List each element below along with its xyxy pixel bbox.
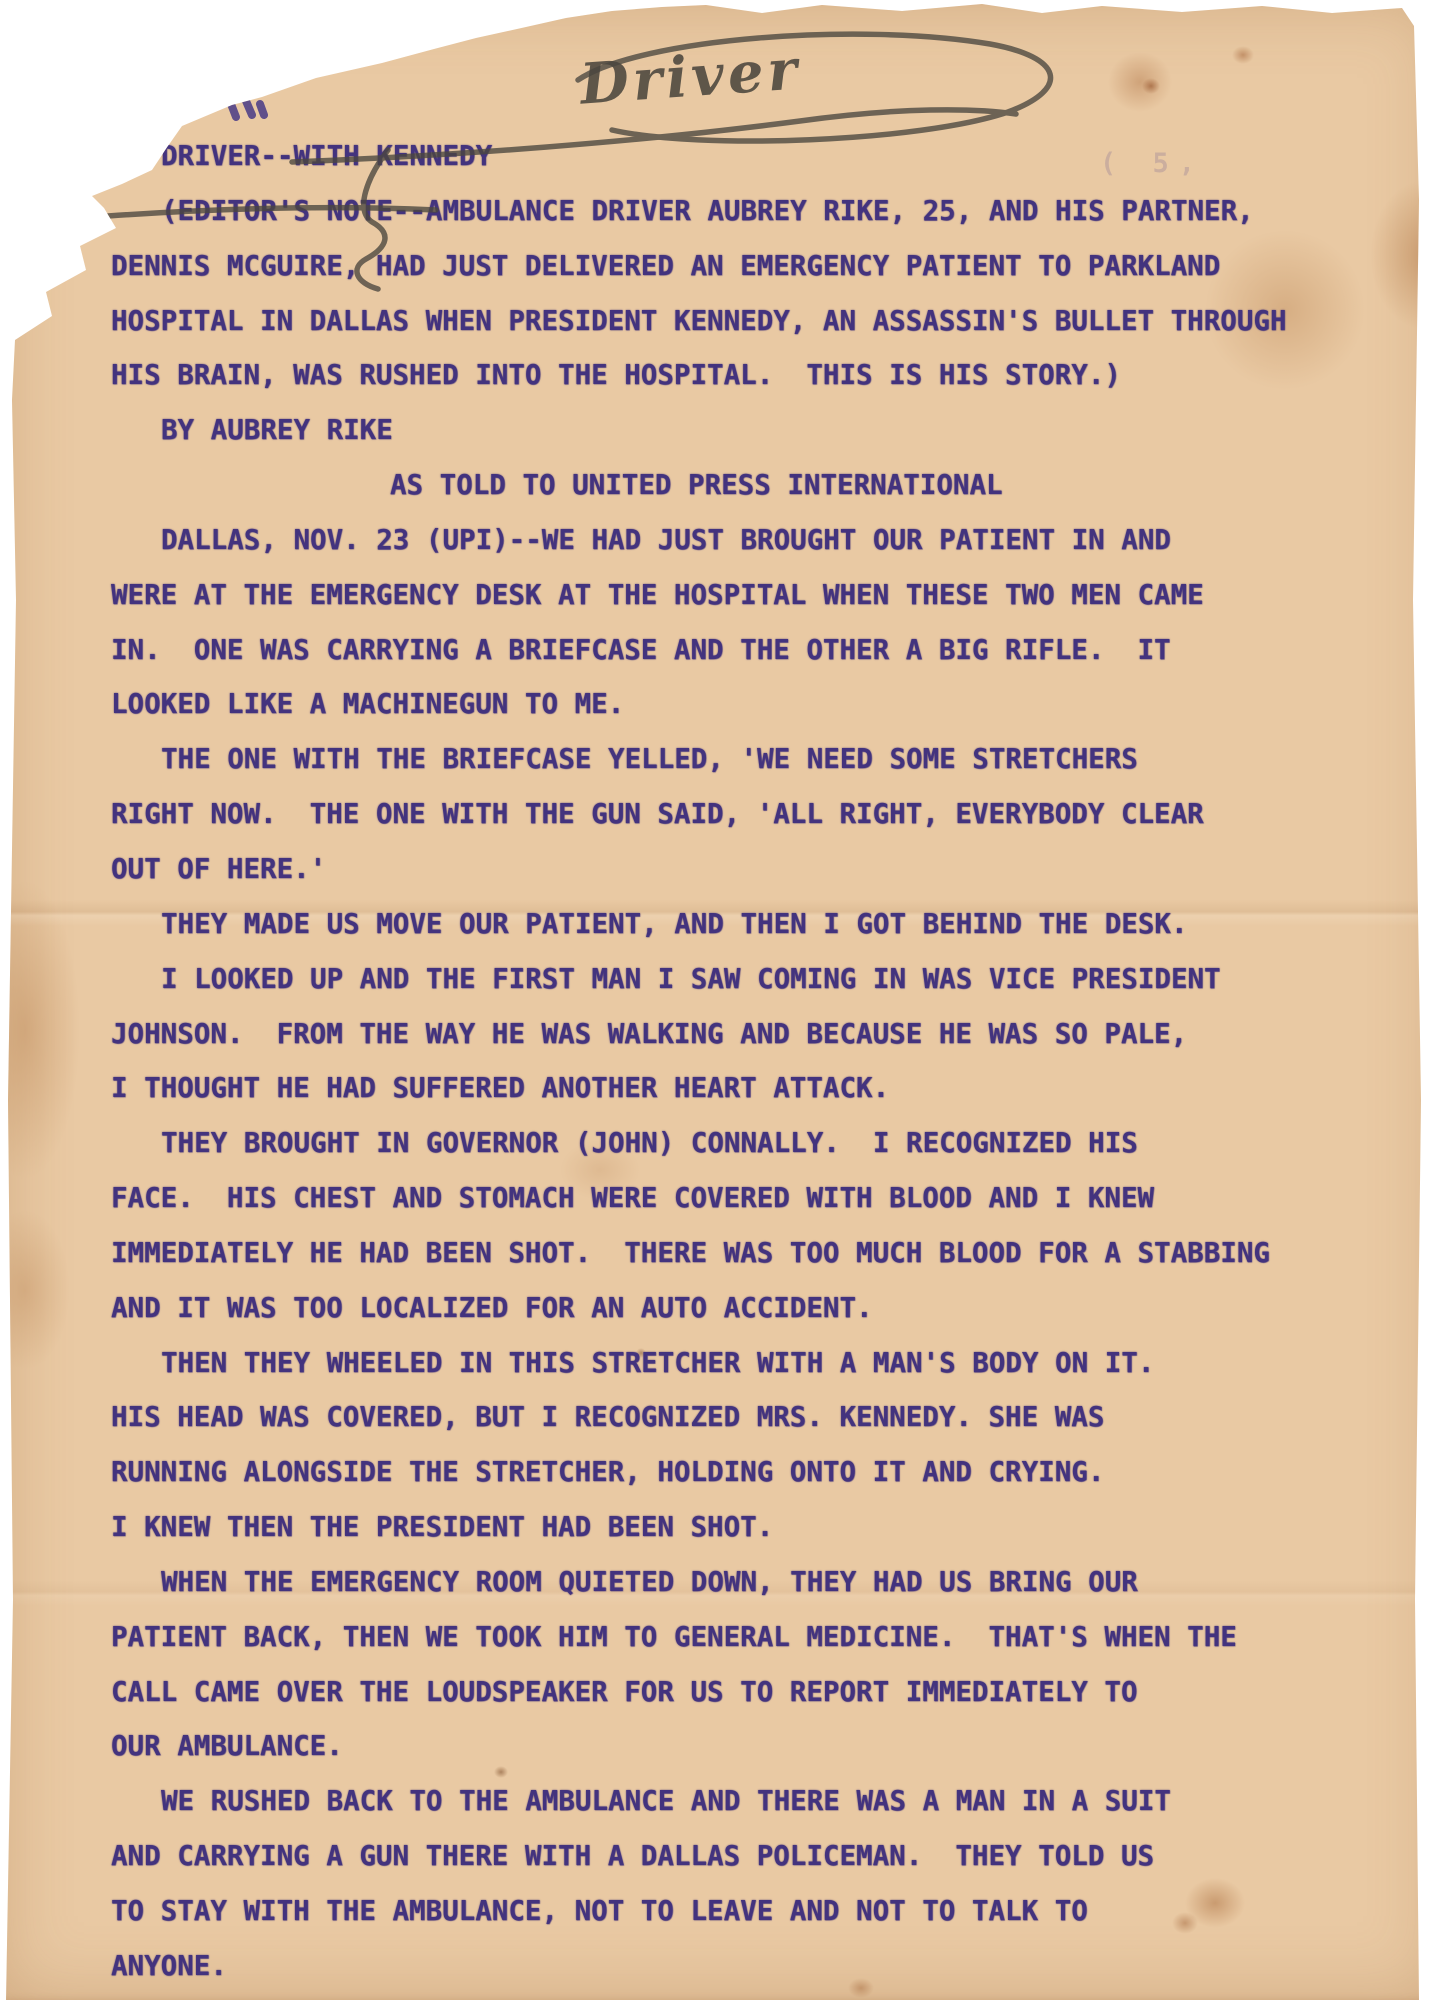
typed-line: HIS HEAD WAS COVERED, BUT I RECOGNIZED M… bbox=[111, 1390, 1411, 1445]
typed-line: HIS BRAIN, WAS RUSHED INTO THE HOSPITAL.… bbox=[111, 348, 1411, 403]
typed-line: WHEN THE EMERGENCY ROOM QUIETED DOWN, TH… bbox=[111, 1555, 1411, 1610]
typed-line: TO STAY WITH THE AMBULANCE, NOT TO LEAVE… bbox=[111, 1884, 1411, 1939]
typed-line: IN. ONE WAS CARRYING A BRIEFCASE AND THE… bbox=[111, 623, 1411, 678]
typed-line: WERE AT THE EMERGENCY DESK AT THE HOSPIT… bbox=[111, 568, 1411, 623]
typed-line: DRIVER--WITH KENNEDY bbox=[111, 129, 1411, 184]
typed-line: THE ONE WITH THE BRIEFCASE YELLED, 'WE N… bbox=[111, 732, 1411, 787]
typed-line: LOOKED LIKE A MACHINEGUN TO ME. bbox=[111, 677, 1411, 732]
paper-stain bbox=[0, 880, 80, 1180]
typed-line: AND IT WAS TOO LOCALIZED FOR AN AUTO ACC… bbox=[111, 1281, 1411, 1336]
typed-line: FACE. HIS CHEST AND STOMACH WERE COVERED… bbox=[111, 1171, 1411, 1226]
typed-line: AS TOLD TO UNITED PRESS INTERNATIONAL bbox=[111, 458, 1411, 513]
typed-line: THEY BROUGHT IN GOVERNOR (JOHN) CONNALLY… bbox=[111, 1116, 1411, 1171]
typed-line: DENNIS MCGUIRE, HAD JUST DELIVERED AN EM… bbox=[111, 239, 1411, 294]
typed-line: DALLAS, NOV. 23 (UPI)--WE HAD JUST BROUG… bbox=[111, 513, 1411, 568]
typed-line: ANYONE. bbox=[111, 1939, 1411, 1994]
paper-stain bbox=[1142, 78, 1160, 94]
typed-line: OUT OF HERE.' bbox=[111, 842, 1411, 897]
typed-line: HOSPITAL IN DALLAS WHEN PRESIDENT KENNED… bbox=[111, 294, 1411, 349]
typed-line: THEN THEY WHEELED IN THIS STRETCHER WITH… bbox=[111, 1336, 1411, 1391]
paper-stain bbox=[1108, 52, 1172, 112]
typed-line: PATIENT BACK, THEN WE TOOK HIM TO GENERA… bbox=[111, 1610, 1411, 1665]
typed-line: JOHNSON. FROM THE WAY HE WAS WALKING AND… bbox=[111, 1007, 1411, 1062]
typed-line: IMMEDIATELY HE HAD BEEN SHOT. THERE WAS … bbox=[111, 1226, 1411, 1281]
typed-text-block: DRIVER--WITH KENNEDY(EDITOR'S NOTE--AMBU… bbox=[111, 129, 1411, 1994]
typed-line: I KNEW THEN THE PRESIDENT HAD BEEN SHOT. bbox=[111, 1500, 1411, 1555]
handwritten-word: Driver bbox=[578, 36, 803, 117]
typed-line: AND CARRYING A GUN THERE WITH A DALLAS P… bbox=[111, 1829, 1411, 1884]
typed-line: WE RUSHED BACK TO THE AMBULANCE AND THER… bbox=[111, 1774, 1411, 1829]
paper-sheet: DRIVER--WITH KENNEDY(EDITOR'S NOTE--AMBU… bbox=[0, 0, 1441, 2000]
typed-line: I THOUGHT HE HAD SUFFERED ANOTHER HEART … bbox=[111, 1061, 1411, 1116]
typed-line: RUNNING ALONGSIDE THE STRETCHER, HOLDING… bbox=[111, 1445, 1411, 1500]
typed-line: BY AUBREY RIKE bbox=[111, 403, 1411, 458]
typed-line: I LOOKED UP AND THE FIRST MAN I SAW COMI… bbox=[111, 952, 1411, 1007]
ghost-ink-impression: ( 5, bbox=[1100, 148, 1205, 179]
typed-line: RIGHT NOW. THE ONE WITH THE GUN SAID, 'A… bbox=[111, 787, 1411, 842]
document-scan: { "paper": { "background_color": "#e9c9a… bbox=[0, 0, 1441, 2000]
typed-line: CALL CAME OVER THE LOUDSPEAKER FOR US TO… bbox=[111, 1665, 1411, 1720]
typed-line: (EDITOR'S NOTE--AMBULANCE DRIVER AUBREY … bbox=[111, 184, 1411, 239]
typed-line: THEY MADE US MOVE OUR PATIENT, AND THEN … bbox=[111, 897, 1411, 952]
torn-ink-fragment bbox=[231, 101, 264, 117]
paper-stain bbox=[1232, 46, 1254, 64]
paper-stain bbox=[0, 1210, 70, 1370]
typed-line: OUR AMBULANCE. bbox=[111, 1719, 1411, 1774]
